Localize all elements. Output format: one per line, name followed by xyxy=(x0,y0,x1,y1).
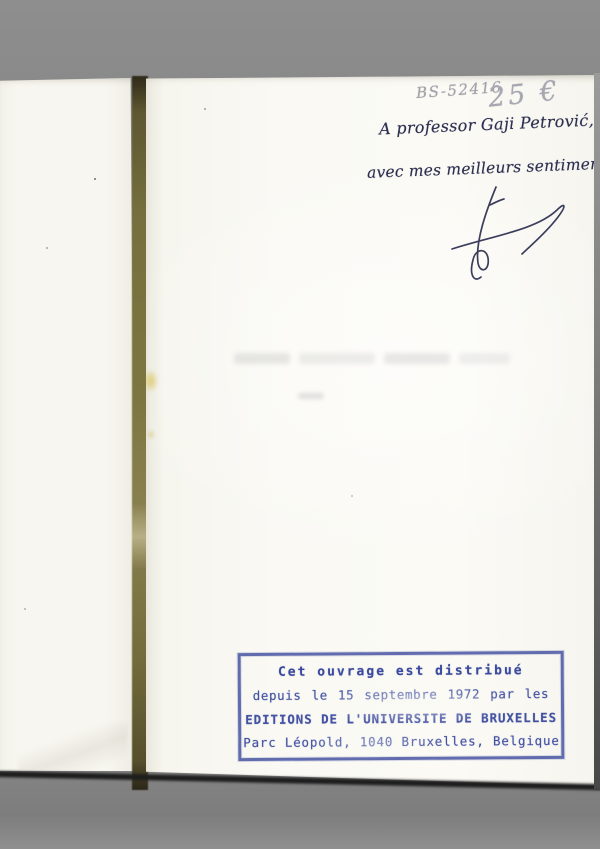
gutter-highlight xyxy=(132,504,148,568)
stain xyxy=(147,430,155,439)
dedication-line-2: avec mes meilleurs sentiments. xyxy=(367,154,600,182)
stamp-line: Parc Léopold, 1040 Bruxelles, Belgique xyxy=(243,730,559,753)
show-through-text xyxy=(234,351,510,366)
book-gutter xyxy=(132,76,148,790)
left-page xyxy=(0,78,136,771)
dust-speck xyxy=(46,247,48,249)
signature-flourish xyxy=(424,183,592,285)
dust-speck xyxy=(24,608,26,610)
page-fold-sheen xyxy=(18,723,128,771)
dust-speck xyxy=(204,108,206,110)
dust-speck xyxy=(94,178,96,180)
pencil-price-note: 25 € xyxy=(487,75,562,113)
distributor-stamp: Cet ouvrage est distribué depuis le 15 s… xyxy=(238,651,565,761)
dedication-line-1: A professor Gaji Petrović, xyxy=(379,111,595,139)
flyleaf-page: BS-52416 25 € A professor Gaji Petrović,… xyxy=(146,75,595,786)
show-through-mark xyxy=(298,393,324,399)
stamp-line: Cet ouvrage est distribué xyxy=(243,660,559,683)
stamp-line: depuis le 15 septembre 1972 par les xyxy=(243,683,559,706)
stamp-line: EDITIONS DE L'UNIVERSITE DE BRUXELLES xyxy=(243,707,559,730)
dust-speck xyxy=(351,495,353,497)
scanner-right-edge xyxy=(594,73,600,789)
scanned-book-page: BS-52416 25 € A professor Gaji Petrović,… xyxy=(0,0,600,849)
